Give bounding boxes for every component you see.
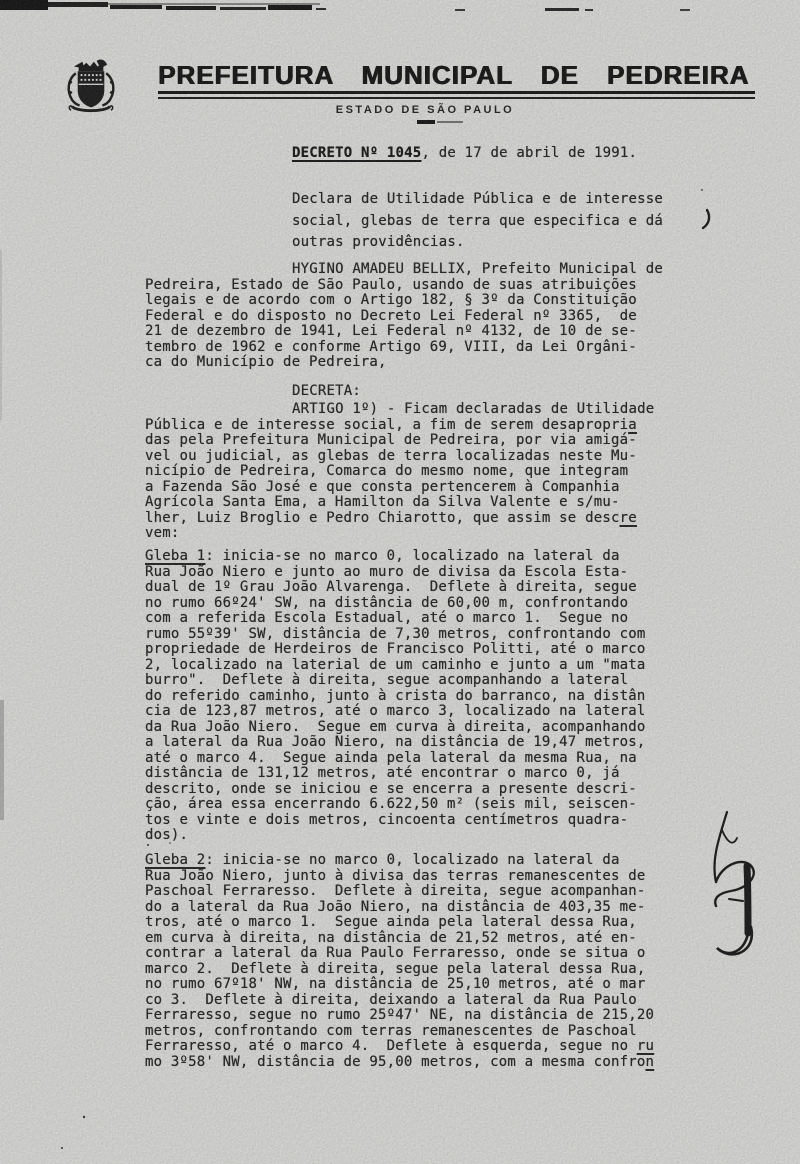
letterhead-subtitle: ESTADO DE SÃO PAULO [158,104,692,116]
gleba-2-text: mo 3º58' NW, distância de 95,00 metros, … [145,1054,645,1070]
letterhead-title: PREFEITURA MUNICIPAL DE PEDREIRA [158,62,758,88]
decree-number: DECRETO Nº 1045 [292,145,421,161]
gleba-1-paragraph: Gleba 1: inicia-se no marco 0, localizad… [145,549,690,844]
gleba-2-continuation-mark: ru [637,1038,654,1054]
pedreira-coat-of-arms-icon [62,58,120,115]
scan-edge-artifact [0,0,800,14]
subtitle-dash-tail [437,121,463,123]
gleba-1-label: Gleba 1 [145,548,205,564]
decree-preamble: HYGINO AMADEU BELLIX, Prefeito Municipal… [145,262,690,371]
decree-date: , de 17 de abril de 1991. [421,145,637,161]
article-1-paragraph: ARTIGO 1º) - Ficam declaradas de Utilida… [145,402,690,542]
title-double-rule [158,91,755,99]
gleba-2-paragraph: Gleba 2: inicia-se no marco 0, localizad… [145,853,690,1070]
scanned-decree-page: PREFEITURA MUNICIPAL DE PEDREIRA ESTADO … [0,0,800,1164]
scan-left-edge-shadow [0,250,2,420]
article-1-continuation-mark: a [628,417,637,433]
article-1-text: ARTIGO 1º) - Ficam declaradas de Utilida… [145,401,654,433]
scan-left-edge-shadow [0,700,4,820]
decree-epigraph: Declara de Utilidade Pública e de intere… [292,189,692,254]
decreta-heading: DECRETA: [292,384,800,400]
subtitle-dash [417,120,435,124]
article-1-text: vem: [145,525,180,541]
gleba-2-label: Gleba 2 [145,852,205,868]
gleba-1-text: : inicia-se no marco 0, localizado na la… [145,548,645,843]
gleba-2-text: : inicia-se no marco 0, localizado na la… [145,852,654,1054]
article-1-text: das pela Prefeitura Municipal de Pedreir… [145,432,637,526]
gleba-2-continuation-mark: n [645,1054,654,1070]
decree-number-line: DECRETO Nº 1045, de 17 de abril de 1991. [292,146,712,162]
article-1-continuation-mark: re [620,510,637,526]
